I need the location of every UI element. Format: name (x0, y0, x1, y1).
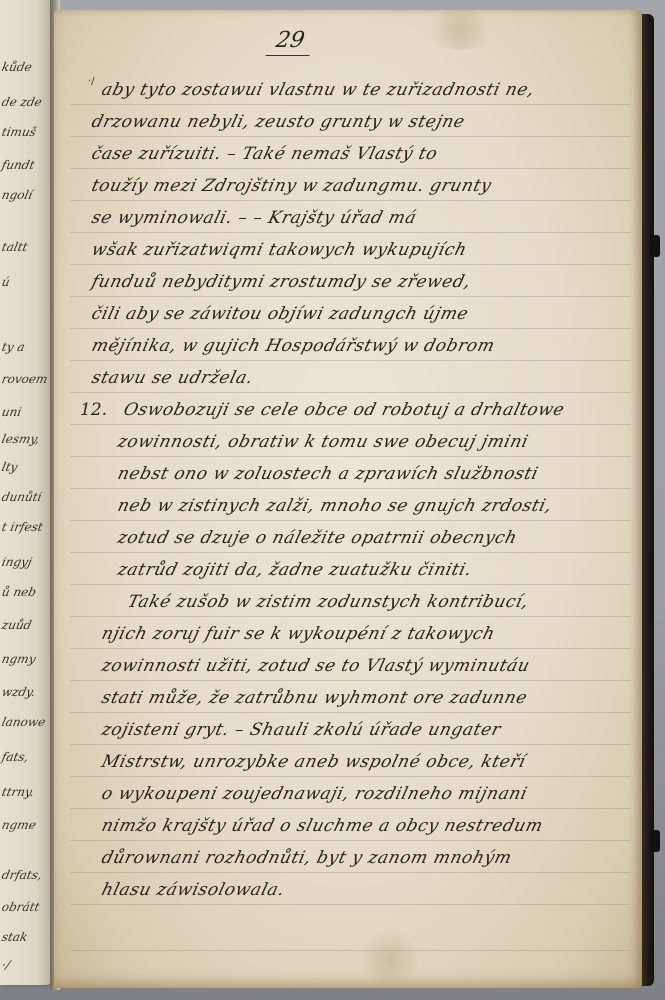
facing-fragment: obrátt (1, 900, 41, 914)
manuscript-line: čase zuřízuiti. – Také nemaš Vlastý to (90, 144, 440, 164)
ruled-line (70, 488, 630, 489)
ruled-line (70, 104, 630, 105)
binding-tie (650, 235, 660, 257)
ruled-line (70, 950, 630, 951)
ruled-line (70, 616, 630, 617)
ruled-line (70, 648, 630, 649)
manuscript-line: stawu se udržela. (90, 368, 256, 388)
insertion-mark: ·/ (88, 76, 95, 87)
facing-fragment: ·/ (1, 958, 12, 972)
ruled-line (70, 328, 630, 329)
manuscript-line: zowinnosti užiti, zotud se to Vlastý wym… (100, 656, 533, 676)
facing-fragment: uni (1, 405, 23, 419)
facing-fragment: ngme (1, 818, 38, 832)
facing-fragment: ingyj (1, 555, 34, 569)
scanned-book-spread: kůde de zde timuš fundt ngolí taltt ú ty… (0, 0, 665, 1000)
ruled-line (70, 584, 630, 585)
manuscript-line: zowinnosti, obratiw k tomu swe obecuj jm… (116, 432, 531, 452)
ruled-line (70, 744, 630, 745)
ruled-line (70, 200, 630, 201)
facing-fragment: drfats, (1, 868, 44, 882)
ruled-line (70, 904, 630, 905)
manuscript-line: zatrůd zojiti da, žadne zuatužku činiti. (116, 560, 475, 580)
ruled-line (70, 296, 630, 297)
facing-fragment: ngolí (1, 188, 34, 202)
facing-fragment: rovoem (1, 372, 49, 386)
manuscript-line: zojisteni gryt. – Shauli zkolú úřade ung… (100, 720, 504, 740)
manuscript-line: hlasu záwisolowala. (100, 880, 287, 900)
ruled-line (70, 840, 630, 841)
manuscript-line: aby tyto zostawui vlastnu w te zuřizadno… (100, 80, 537, 100)
manuscript-line: nimžo krajšty úřad o sluchme a obcy nest… (100, 816, 546, 836)
ruled-line (70, 808, 630, 809)
manuscript-line: důrownani rozhodnůti, byt y zanom mnohým (100, 848, 514, 868)
manuscript-line: Oswobozuji se cele obce od robotuj a drh… (122, 400, 567, 420)
facing-fragment: zuůd (1, 618, 33, 632)
ruled-line (70, 424, 630, 425)
manuscript-line: funduů nebyditymi zrostumdy se zřewed, (90, 272, 473, 292)
paper-stain (420, 10, 500, 50)
facing-fragment: ú (1, 275, 12, 289)
manuscript-line: toužíy mezi Zdrojštiny w zadungmu. grunt… (90, 176, 494, 196)
manuscript-line: Mistrstw, unrozybke aneb wspolné obce, k… (100, 752, 528, 772)
facing-fragment: taltt (1, 240, 29, 254)
facing-fragment: de zde (1, 95, 44, 109)
manuscript-line: o wykoupeni zoujednawaji, rozdilneho mij… (100, 784, 530, 804)
facing-fragment: lty (1, 460, 19, 474)
facing-fragment: lesmy, (1, 432, 41, 446)
manuscript-line: neb w zistinych zalži, mnoho se gnujch z… (116, 496, 555, 516)
page-number: 29 (266, 28, 315, 56)
facing-fragment: dunůti (1, 490, 44, 504)
facing-fragment: ty a (1, 340, 27, 354)
facing-fragment: fundt (1, 158, 36, 172)
facing-fragment: t irfest (1, 520, 45, 534)
manuscript-line: wšak zuřizatwiqmi takowych wykupujích (90, 240, 469, 260)
paper-stain (360, 930, 420, 990)
ruled-line (70, 520, 630, 521)
facing-fragment: timuš (1, 125, 38, 139)
facing-fragment: kůde (1, 60, 34, 74)
binding-tie (650, 830, 660, 852)
manuscript-line: drzowanu nebyli, zeusto grunty w stejne (90, 112, 468, 132)
facing-fragment: lanowe (1, 715, 47, 729)
ruled-line (70, 712, 630, 713)
item-number: 12. (80, 400, 107, 420)
ruled-line (70, 264, 630, 265)
facing-fragment: ů neb (1, 585, 38, 599)
manuscript-line: stati může, že zatrůbnu wyhmont ore zadu… (100, 688, 530, 708)
facing-fragment: ttrny. (1, 785, 36, 799)
ruled-line (70, 360, 630, 361)
ruled-line (70, 168, 630, 169)
facing-fragment: ngmy (1, 652, 38, 666)
ruled-line (70, 456, 630, 457)
ruled-line (70, 136, 630, 137)
manuscript-line: se wyminowali. – – Krajšty úřad má (90, 208, 419, 228)
ruled-line (70, 392, 630, 393)
facing-fragment: wzdy. (1, 685, 37, 699)
manuscript-line: mějínika, w gujich Hospodářstwý w dobrom (90, 336, 497, 356)
ruled-line (70, 232, 630, 233)
manuscript-line: Také zušob w zistim zodunstych kontribuc… (126, 592, 531, 612)
manuscript-line: njich zoruj fuir se k wykoupéní z takowy… (100, 624, 498, 644)
ruled-line (70, 680, 630, 681)
facing-page: kůde de zde timuš fundt ngolí taltt ú ty… (0, 0, 52, 985)
ruled-line (70, 552, 630, 553)
manuscript-line: nebst ono w zoluostech a zprawích službn… (116, 464, 541, 484)
manuscript-line: čili aby se záwitou objíwi zadungch újme (90, 304, 471, 324)
facing-fragment: fats, (1, 750, 30, 764)
ruled-line (70, 872, 630, 873)
facing-fragment: stak (1, 930, 29, 944)
manuscript-line: zotud se dzuje o náležite opatrnii obecn… (116, 528, 520, 548)
ruled-line (70, 776, 630, 777)
